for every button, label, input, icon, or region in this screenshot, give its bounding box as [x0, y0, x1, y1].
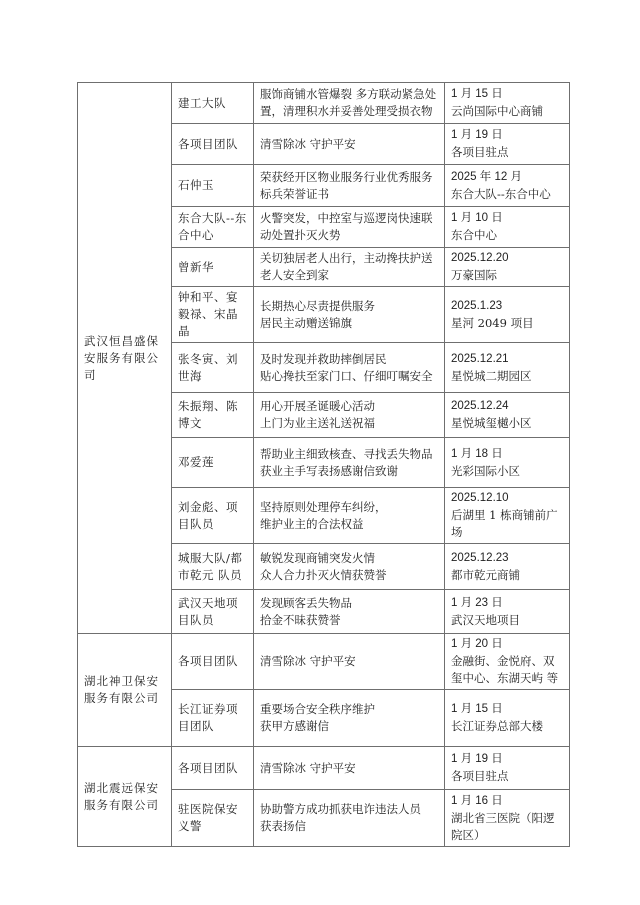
location-text: 东合中心 [451, 227, 564, 244]
date-location-cell: 1 月 23 日武汉天地项目 [445, 590, 570, 634]
team-cell: 建工大队 [172, 83, 254, 124]
date-location-cell: 2025.1.23星河 2049 项目 [445, 287, 570, 343]
date-text: 1 月 15 日 [451, 701, 564, 718]
event-cell: 清雪除冰 守护平安 [254, 124, 445, 165]
date-location-cell: 1 月 19 日各项目驻点 [445, 747, 570, 790]
honor-table: 武汉恒昌盛保安服务有限公司建工大队服饰商铺水管爆裂 多方联动紧急处置，清理积水并… [77, 82, 570, 847]
team-cell: 驻医院保安义警 [172, 790, 254, 847]
team-cell: 石仲玉 [172, 165, 254, 207]
location-text: 后湖里 1 栋商铺前广场 [451, 507, 564, 541]
document-page: 武汉恒昌盛保安服务有限公司建工大队服饰商铺水管爆裂 多方联动紧急处置，清理积水并… [0, 0, 640, 905]
location-text: 星悦城玺樾小区 [451, 415, 564, 432]
event-text-line: 及时发现并救助摔倒居民 [260, 351, 439, 368]
event-text-line: 协助警方成功抓获电诈违法人员 [260, 801, 439, 818]
date-location-cell: 2025.12.20万豪国际 [445, 248, 570, 287]
team-cell: 东合大队--东合中心 [172, 207, 254, 248]
event-text-line: 火警突发，中控室与巡逻岗快速联动处置扑灭火势 [260, 211, 433, 242]
event-text-line: 获甲方感谢信 [260, 718, 439, 735]
table-row: 湖北神卫保安服务有限公司各项目团队清雪除冰 守护平安1 月 20 日金融街、金悦… [78, 634, 570, 690]
location-text: 各项目驻点 [451, 144, 564, 161]
date-location-cell: 2025.12.10后湖里 1 栋商铺前广场 [445, 488, 570, 544]
team-cell: 刘金彪、项目队员 [172, 488, 254, 544]
event-text-line: 发现顾客丢失物品 [260, 595, 439, 612]
location-text: 湖北省三医院（阳逻院区） [451, 810, 564, 844]
event-text-line: 服饰商铺水管爆裂 多方联动紧急处置，清理积水并妥善处理受损衣物 [260, 87, 436, 118]
date-text: 2025.1.23 [451, 298, 564, 315]
event-cell: 帮助业主细致核查、寻找丢失物品获业主手写表扬感谢信致谢 [254, 438, 445, 488]
date-location-cell: 1 月 10 日东合中心 [445, 207, 570, 248]
event-text-line: 清雪除冰 守护平安 [260, 654, 356, 668]
event-cell: 长期热心尽责提供服务居民主动赠送锦旗 [254, 287, 445, 343]
event-text-line: 贴心搀扶至家门口、仔细叮嘱安全 [260, 368, 439, 385]
event-cell: 火警突发，中控室与巡逻岗快速联动处置扑灭火势 [254, 207, 445, 248]
team-cell: 邓爱莲 [172, 438, 254, 488]
event-text-line: 用心开展圣诞暖心活动 [260, 398, 439, 415]
location-text: 光彩国际小区 [451, 463, 564, 480]
team-cell: 各项目团队 [172, 747, 254, 790]
date-location-cell: 1 月 20 日金融街、金悦府、双玺中心、东湖天屿 等 [445, 634, 570, 690]
date-text: 2025.12.24 [451, 398, 564, 415]
event-text-line: 重要场合安全秩序维护 [260, 701, 439, 718]
event-cell: 关切独居老人出行，主动搀扶护送老人安全到家 [254, 248, 445, 287]
event-cell: 及时发现并救助摔倒居民贴心搀扶至家门口、仔细叮嘱安全 [254, 343, 445, 393]
location-text: 金融街、金悦府、双玺中心、东湖天屿 等 [451, 653, 564, 687]
date-location-cell: 1 月 18 日光彩国际小区 [445, 438, 570, 488]
location-text: 都市乾元商铺 [451, 567, 564, 584]
event-text-line: 众人合力扑灭火情获赞誉 [260, 567, 439, 584]
location-text: 云尚国际中心商铺 [451, 103, 564, 120]
event-text-line: 帮助业主细致核查、寻找丢失物品 [260, 446, 439, 463]
date-location-cell: 2025.12.24星悦城玺樾小区 [445, 393, 570, 438]
location-text: 东合大队--东合中心 [451, 186, 564, 203]
company-cell: 湖北神卫保安服务有限公司 [78, 634, 172, 747]
event-cell: 发现顾客丢失物品拾金不昧获赞誉 [254, 590, 445, 634]
event-cell: 重要场合安全秩序维护获甲方感谢信 [254, 690, 445, 747]
event-cell: 清雪除冰 守护平安 [254, 634, 445, 690]
event-cell: 协助警方成功抓获电诈违法人员获表扬信 [254, 790, 445, 847]
event-text-line: 上门为业主送礼送祝福 [260, 415, 439, 432]
date-text: 2025 年 12 月 [451, 169, 564, 186]
location-text: 万豪国际 [451, 267, 564, 284]
date-text: 1 月 16 日 [451, 793, 564, 810]
team-cell: 朱振翔、陈博文 [172, 393, 254, 438]
date-location-cell: 1 月 15 日长江证券总部大楼 [445, 690, 570, 747]
location-text: 武汉天地项目 [451, 612, 564, 629]
date-location-cell: 2025.12.21星悦城二期园区 [445, 343, 570, 393]
event-text-line: 获表扬信 [260, 818, 439, 835]
date-location-cell: 1 月 16 日湖北省三医院（阳逻院区） [445, 790, 570, 847]
table-row: 武汉恒昌盛保安服务有限公司建工大队服饰商铺水管爆裂 多方联动紧急处置，清理积水并… [78, 83, 570, 124]
event-text-line: 关切独居老人出行，主动搀扶护送老人安全到家 [260, 251, 433, 282]
team-cell: 各项目团队 [172, 634, 254, 690]
event-text-line: 维护业主的合法权益 [260, 516, 439, 533]
date-text: 1 月 20 日 [451, 636, 564, 653]
date-text: 2025.12.23 [451, 550, 564, 567]
date-location-cell: 2025 年 12 月东合大队--东合中心 [445, 165, 570, 207]
date-text: 1 月 19 日 [451, 751, 564, 768]
table-body: 武汉恒昌盛保安服务有限公司建工大队服饰商铺水管爆裂 多方联动紧急处置，清理积水并… [78, 83, 570, 847]
event-text-line: 拾金不昧获赞誉 [260, 612, 439, 629]
team-cell: 长江证券项目团队 [172, 690, 254, 747]
team-cell: 曾新华 [172, 248, 254, 287]
event-text-line: 坚持原则处理停车纠纷， [260, 499, 439, 516]
event-cell: 清雪除冰 守护平安 [254, 747, 445, 790]
team-cell: 钟和平、宴毅禄、宋晶晶 [172, 287, 254, 343]
date-location-cell: 2025.12.23都市乾元商铺 [445, 544, 570, 590]
event-text-line: 长期热心尽责提供服务 [260, 298, 439, 315]
date-location-cell: 1 月 15 日云尚国际中心商铺 [445, 83, 570, 124]
location-text: 各项目驻点 [451, 768, 564, 785]
table-row: 湖北震远保安服务有限公司各项目团队清雪除冰 守护平安1 月 19 日各项目驻点 [78, 747, 570, 790]
event-cell: 荣获经开区物业服务行业优秀服务标兵荣誉证书 [254, 165, 445, 207]
event-text-line: 敏锐发现商铺突发火情 [260, 550, 439, 567]
date-text: 2025.12.21 [451, 351, 564, 368]
location-text: 星悦城二期园区 [451, 368, 564, 385]
event-cell: 用心开展圣诞暖心活动上门为业主送礼送祝福 [254, 393, 445, 438]
event-cell: 坚持原则处理停车纠纷，维护业主的合法权益 [254, 488, 445, 544]
date-text: 2025.12.10 [451, 490, 564, 507]
company-cell: 湖北震远保安服务有限公司 [78, 747, 172, 847]
team-cell: 武汉天地项目队员 [172, 590, 254, 634]
date-text: 1 月 18 日 [451, 446, 564, 463]
event-cell: 敏锐发现商铺突发火情众人合力扑灭火情获赞誉 [254, 544, 445, 590]
date-text: 1 月 15 日 [451, 86, 564, 103]
event-text-line: 清雪除冰 守护平安 [260, 137, 356, 151]
event-text-line: 居民主动赠送锦旗 [260, 315, 439, 332]
event-cell: 服饰商铺水管爆裂 多方联动紧急处置，清理积水并妥善处理受损衣物 [254, 83, 445, 124]
date-text: 1 月 23 日 [451, 595, 564, 612]
team-cell: 各项目团队 [172, 124, 254, 165]
event-text-line: 获业主手写表扬感谢信致谢 [260, 463, 439, 480]
date-text: 2025.12.20 [451, 250, 564, 267]
event-text-line: 清雪除冰 守护平安 [260, 761, 356, 775]
location-text: 长江证券总部大楼 [451, 718, 564, 735]
date-text: 1 月 10 日 [451, 210, 564, 227]
date-text: 1 月 19 日 [451, 127, 564, 144]
date-location-cell: 1 月 19 日各项目驻点 [445, 124, 570, 165]
location-text: 星河 2049 项目 [451, 315, 564, 332]
event-text-line: 荣获经开区物业服务行业优秀服务标兵荣誉证书 [260, 170, 433, 201]
company-cell: 武汉恒昌盛保安服务有限公司 [78, 83, 172, 634]
team-cell: 城服大队/都市乾元 队员 [172, 544, 254, 590]
team-cell: 张冬寅、刘世海 [172, 343, 254, 393]
